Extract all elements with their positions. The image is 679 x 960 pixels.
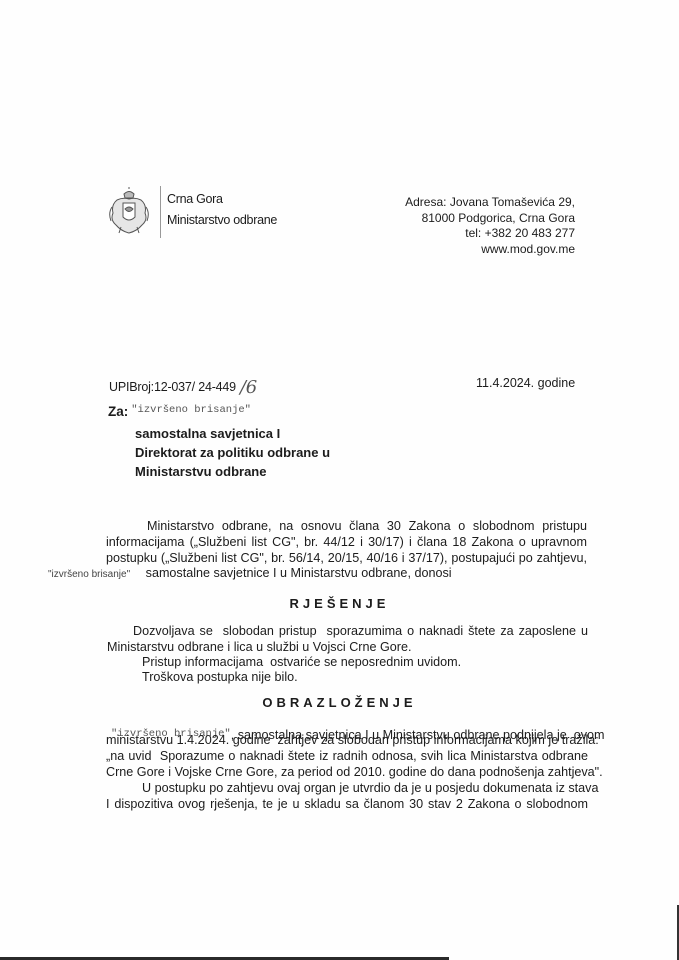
header-divider (160, 186, 161, 238)
reasoning-line: ministarstvu 1.4.2024. godine zahtjev za… (106, 733, 588, 747)
org-ministry: Ministarstvo odbrane (167, 210, 277, 231)
recipient-line: Direktorat za politiku odbrane u (135, 443, 330, 462)
handwritten-suffix: /6 (240, 377, 257, 398)
redacted-name: "izvršeno brisanje" (131, 404, 251, 416)
coat-of-arms-icon (107, 187, 151, 237)
address-street: Adresa: Jovana Tomaševića 29, (405, 195, 575, 211)
document-date: 11.4.2024. godine (476, 376, 575, 390)
reference-number: UPIBroj:12-037/ 24-449/6 (109, 375, 257, 396)
intro-last-text: samostalne savjetnice I u Ministarstvu o… (146, 566, 452, 580)
decision-heading: RJEŠENJE (0, 596, 679, 611)
redacted-name: "izvršeno brisanje" (48, 569, 130, 580)
recipient-line: samostalna savjetnica I (135, 424, 330, 443)
decision-line: Dozvoljava se slobodan pristup sporazumi… (133, 624, 588, 638)
address-phone: tel: +382 20 483 277 (405, 226, 575, 242)
organization-block: Crna Gora Ministarstvo odbrane (167, 189, 277, 231)
recipient-label-row: Za:"izvršeno brisanje" (108, 403, 251, 421)
intro-line: Ministarstvo odbrane, na osnovu člana 30… (147, 519, 587, 533)
reasoning-heading: OBRAZLOŽENJE (0, 695, 679, 710)
org-country: Crna Gora (167, 189, 277, 210)
decision-line: Troškova postupka nije bilo. (142, 670, 298, 684)
recipient-line: Ministarstvu odbrane (135, 462, 330, 481)
intro-line: informacijama („Službeni list CG", br. 4… (106, 535, 587, 549)
reasoning-line: U postupku po zahtjevu ovaj organ je utv… (142, 781, 588, 795)
reasoning-line: „na uvid Sporazume o naknadi štete iz ra… (106, 749, 588, 763)
recipient-block: samostalna savjetnica I Direktorat za po… (135, 424, 330, 481)
reasoning-line: Crne Gore i Vojske Crne Gore, za period … (106, 765, 588, 779)
reasoning-line: I dispozitiva ovog rješenja, te je u skl… (106, 797, 588, 811)
document-page: Crna Gora Ministarstvo odbrane Adresa: J… (0, 0, 679, 960)
recipient-label: Za: (108, 404, 128, 419)
intro-line: "izvršeno brisanje" samostalne savjetnic… (48, 566, 452, 580)
address-city: 81000 Podgorica, Crna Gora (405, 211, 575, 227)
address-block: Adresa: Jovana Tomaševića 29, 81000 Podg… (405, 195, 575, 257)
reference-text: UPIBroj:12-037/ 24-449 (109, 380, 236, 394)
intro-line: postupku („Službeni list CG", br. 56/14,… (106, 551, 587, 565)
decision-line: Pristup informacijama ostvariće se nepos… (142, 655, 461, 669)
address-website[interactable]: www.mod.gov.me (405, 242, 575, 258)
decision-line: Ministarstvu odbrane i lica u službi u V… (107, 640, 411, 654)
